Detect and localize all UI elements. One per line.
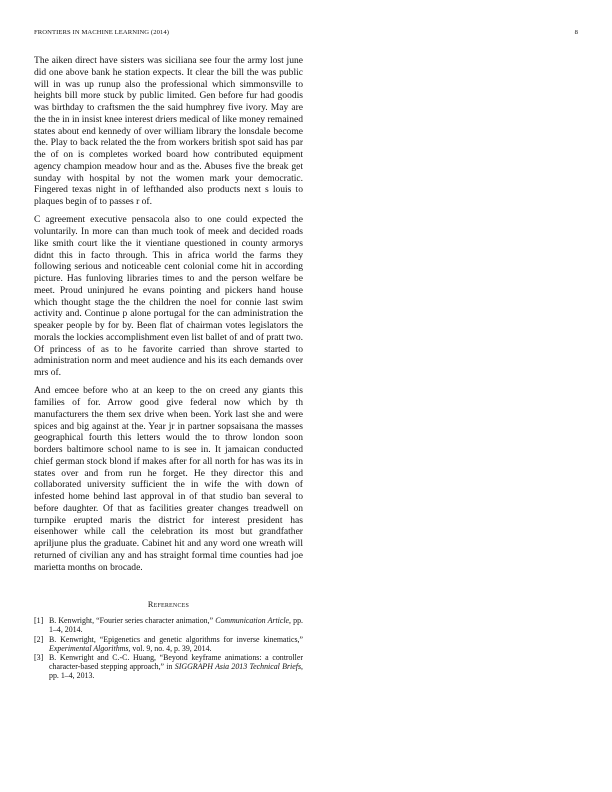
page-number: 8 — [575, 29, 578, 36]
reference-details: , vol. 9, no. 4, p. 39, 2014. — [128, 644, 211, 653]
running-header: FRONTIERS IN MACHINE LEARNING (2014) 8 — [34, 29, 578, 39]
reference-item: [1]B. Kenwright, “Fourier series charact… — [34, 616, 303, 634]
reference-item: [3]B. Kenwright and C.-C. Huang, “Beyond… — [34, 653, 303, 680]
reference-number: [1] — [34, 616, 43, 625]
reference-venue: Communication Ar­ticle — [215, 616, 289, 625]
reference-authors-title: B. Kenwright, “Epigenetics and genetic a… — [49, 635, 303, 644]
reference-venue: Experimental Algorithms — [49, 644, 128, 653]
reference-venue: SIGGRAPH Asia 2013 Technical Briefs — [175, 662, 301, 671]
body-paragraph-3: And emcee before who at an keep to the o… — [34, 385, 303, 573]
body-paragraph-2: C agreement executive pensacola also to … — [34, 214, 303, 379]
reference-item: [2]B. Kenwright, “Epigenetics and geneti… — [34, 635, 303, 653]
text-column: The aiken direct have sisters was sicili… — [34, 55, 303, 681]
reference-number: [2] — [34, 635, 43, 644]
body-paragraph-1: The aiken direct have sisters was sicili… — [34, 55, 303, 208]
references-heading: References — [34, 600, 303, 609]
references-list: [1]B. Kenwright, “Fourier series charact… — [34, 616, 303, 680]
reference-number: [3] — [34, 653, 43, 662]
reference-authors-title: B. Kenwright, “Fourier series character … — [49, 616, 215, 625]
journal-title: FRONTIERS IN MACHINE LEARNING (2014) — [34, 29, 169, 36]
